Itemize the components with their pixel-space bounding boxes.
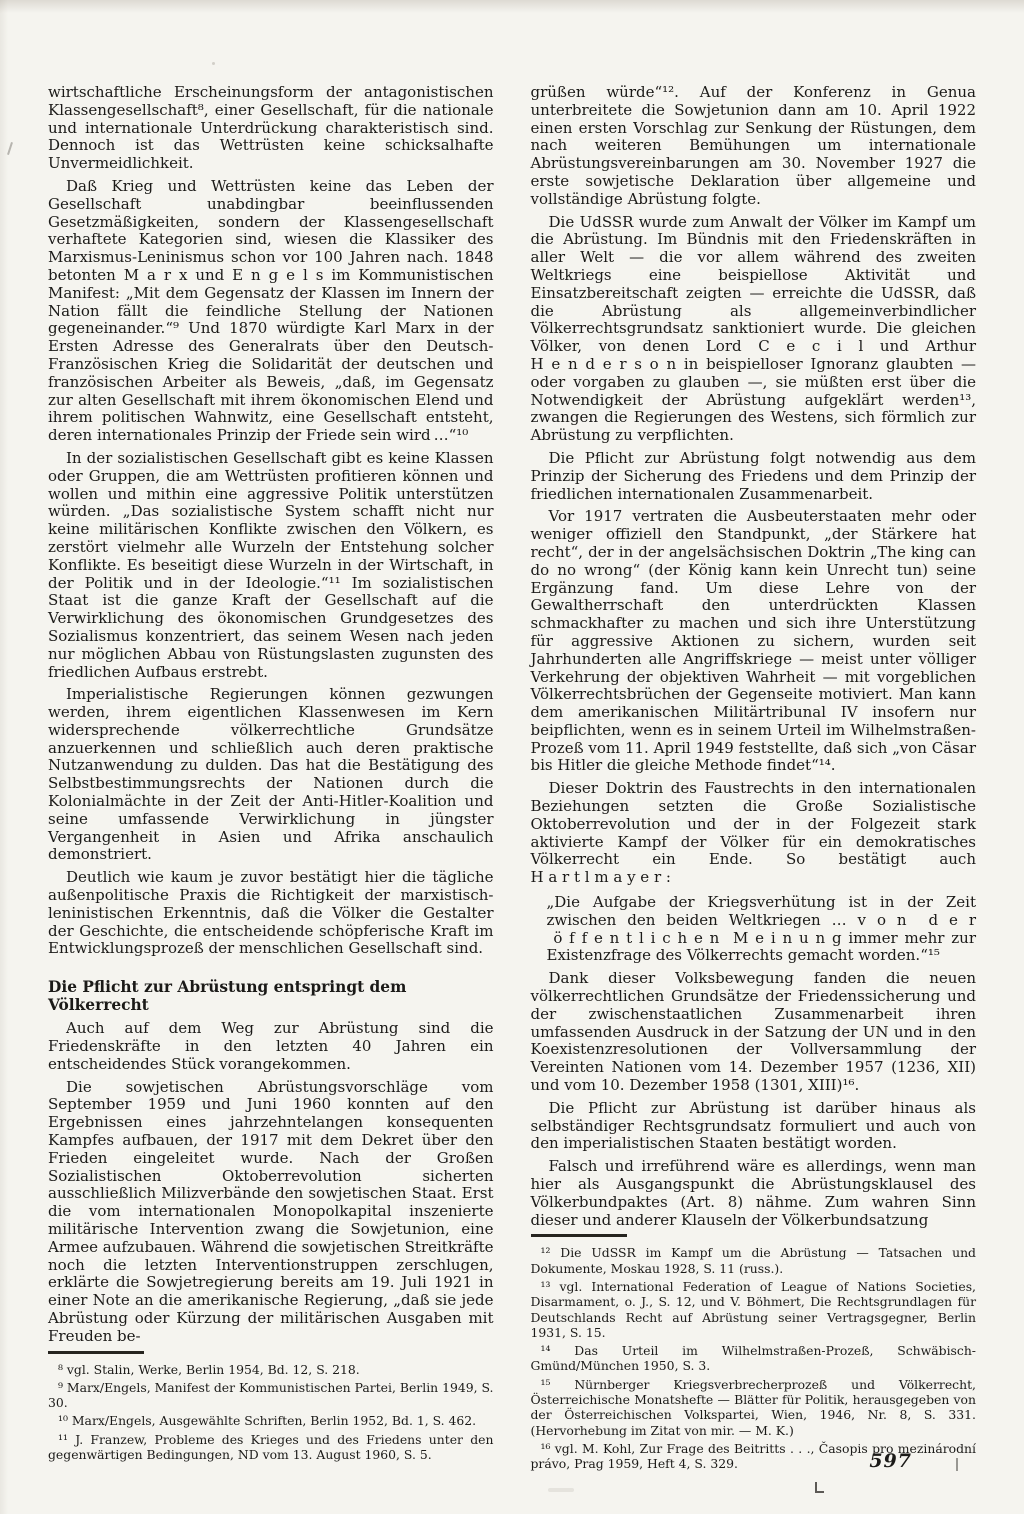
two-column-layout: wirtschaftliche Erscheinungsform der ant…: [48, 84, 976, 1446]
paragraph: Deutlich wie kaum je zuvor bestätigt hie…: [48, 869, 494, 958]
paragraph: Daß Krieg und Wettrüsten keine das Leben…: [48, 178, 494, 445]
paragraph: Die Pflicht zur Abrüstung ist darüber hi…: [531, 1100, 977, 1153]
left-column: wirtschaftliche Erscheinungsform der ant…: [48, 84, 494, 1446]
left-footnote-block: ⁸ vgl. Stalin, Werke, Berlin 1954, Bd. 1…: [48, 1351, 494, 1472]
footnote: ¹⁴ Das Urteil im Wilhelmstraßen-Prozeß, …: [531, 1343, 977, 1374]
right-footnote-block: ¹² Die UdSSR im Kampf um die Abrüstung —…: [531, 1234, 977, 1480]
paragraph: In der sozialistischen Gesellschaft gibt…: [48, 450, 494, 681]
paragraph: Auch auf dem Weg zur Abrüstung sind die …: [48, 1020, 494, 1073]
footnote: ⁹ Marx/Engels, Manifest der Kommunistisc…: [48, 1380, 494, 1411]
footnote: ⁸ vgl. Stalin, Werke, Berlin 1954, Bd. 1…: [48, 1362, 494, 1377]
paragraph: Dieser Doktrin des Faustrechts in den in…: [531, 780, 977, 887]
page-number: 597: [869, 1450, 912, 1472]
paragraph: Dank dieser Volksbewegung fanden die neu…: [531, 970, 977, 1095]
paragraph: wirtschaftliche Erscheinungsform der ant…: [48, 84, 494, 173]
paragraph: grüßen würde“¹². Auf der Konferenz in Ge…: [531, 84, 977, 209]
paragraph: Die Pflicht zur Abrüstung folgt notwendi…: [531, 450, 977, 503]
footnote: ¹⁰ Marx/Engels, Ausgewählte Schriften, B…: [48, 1413, 494, 1428]
journal-page: wirtschaftliche Erscheinungsform der ant…: [0, 0, 1024, 1514]
paragraph: Imperialistische Regierungen können gezw…: [48, 686, 494, 864]
footnote-rule: [531, 1234, 627, 1237]
paragraph: Falsch und irreführend wäre es allerding…: [531, 1158, 977, 1229]
right-column: grüßen würde“¹². Auf der Konferenz in Ge…: [531, 84, 977, 1446]
paragraph: Die UdSSR wurde zum Anwalt der Völker im…: [531, 214, 977, 445]
paragraph: Die sowjetischen Abrüstungsvorschläge vo…: [48, 1079, 494, 1346]
quote-paragraph: „Die Aufgabe der Kriegsverhütung ist in …: [547, 894, 977, 965]
section-heading: Die Pflicht zur Abrüstung entspringt dem…: [48, 978, 494, 1014]
footnote: ¹¹ J. Franzew, Probleme des Krieges und …: [48, 1432, 494, 1463]
footnote: ¹² Die UdSSR im Kampf um die Abrüstung —…: [531, 1245, 977, 1276]
paragraph: Vor 1917 vertraten die Ausbeuterstaaten …: [531, 508, 977, 775]
footnote: ¹⁵ Nürnberger Kriegsverbrecherprozeß und…: [531, 1377, 977, 1438]
footnote-rule: [48, 1351, 144, 1354]
footnote: ¹³ vgl. International Federation of Leag…: [531, 1279, 977, 1340]
